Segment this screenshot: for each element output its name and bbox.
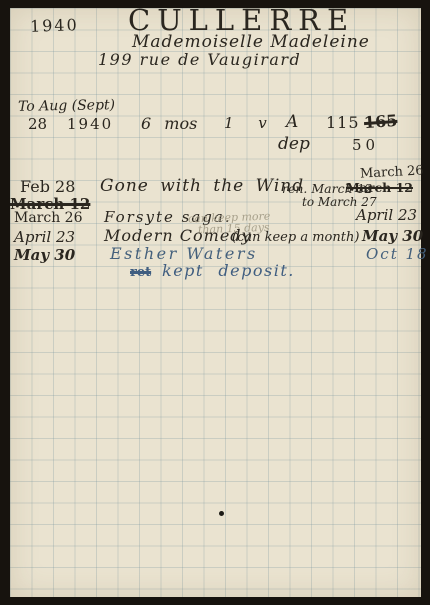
- subscription-volumes: 1 v: [224, 116, 267, 131]
- book-title: Modern Comedy: [104, 228, 252, 244]
- return-date: May 30: [362, 229, 423, 244]
- subscription-series: A: [286, 114, 298, 131]
- loan-date-out: Feb 28: [20, 179, 75, 195]
- closing-note-struck-word: ret: [130, 266, 151, 279]
- scanned-library-card: 1940 CULLERRE Mademoiselle Madeleine 199…: [0, 0, 430, 605]
- cardholder-surname: CULLERRE: [128, 6, 355, 35]
- cardholder-address: 199 rue de Vaugirard: [98, 52, 301, 68]
- loan-note: (can keep a month): [232, 231, 359, 244]
- closing-note: kept deposit.: [162, 263, 295, 279]
- return-date: April 23: [356, 208, 417, 223]
- return-date: Oct 18: [366, 247, 429, 262]
- card-paper: 1940 CULLERRE Mademoiselle Madeleine 199…: [10, 8, 421, 597]
- loan-date-out: May 30: [14, 248, 75, 263]
- subscription-period-note: To Aug (Sept): [18, 98, 115, 114]
- subscription-amount-struck: 165: [363, 113, 397, 131]
- return-date-early: March 26: [360, 164, 424, 180]
- loan-date-out: March 26: [14, 211, 83, 225]
- subscription-duration: 6 mos: [141, 116, 197, 132]
- subscription-date-day: 28: [28, 117, 47, 132]
- loan-date-out: April 23: [14, 230, 75, 245]
- ink-dot: [219, 511, 224, 516]
- book-title: Gone with the Wind: [100, 178, 304, 195]
- card-year: 1940: [30, 17, 79, 35]
- subscription-date-year: 1940: [67, 117, 113, 132]
- subscription-amount: 115: [326, 115, 360, 131]
- book-title: Esther Waters: [110, 246, 258, 262]
- cardholder-name-line: Mademoiselle Madeleine: [132, 34, 370, 51]
- return-date-struck: March 12: [346, 182, 413, 195]
- deposit-label: dep: [278, 136, 310, 153]
- deposit-amount: 50: [352, 138, 379, 153]
